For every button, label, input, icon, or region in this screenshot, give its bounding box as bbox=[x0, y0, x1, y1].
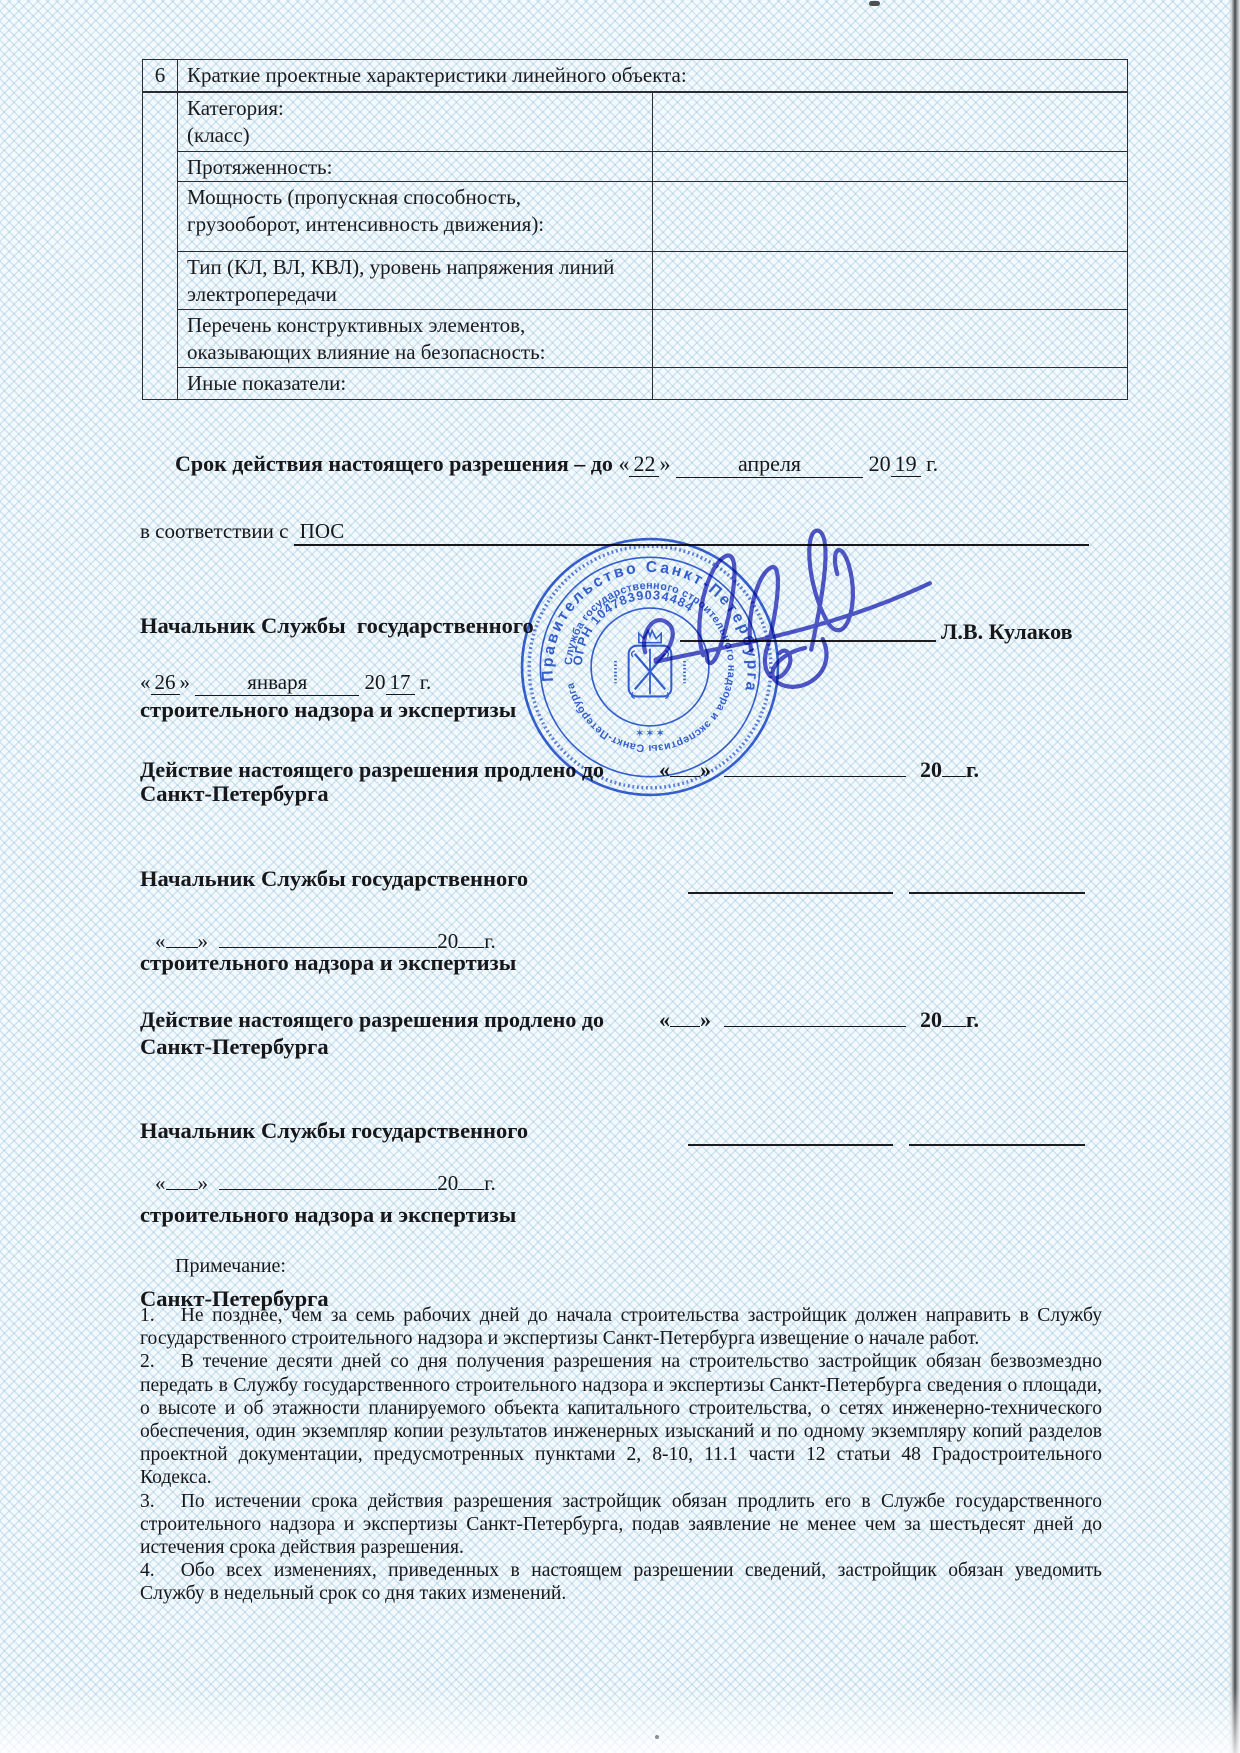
open-quote: « bbox=[155, 1171, 166, 1195]
note-number: 1. bbox=[140, 1304, 155, 1327]
table-row: Тип (КЛ, ВЛ, КВЛ), уровень напряжения ли… bbox=[143, 252, 1128, 310]
note-number: 2. bbox=[140, 1350, 155, 1373]
notes-section: 1.Не позднее, чем за семь рабочих дней д… bbox=[140, 1304, 1102, 1606]
scanner-edge-shadow bbox=[1229, 0, 1240, 1753]
century: 20 bbox=[437, 929, 458, 953]
document-page: 6 Краткие проектные характеристики линей… bbox=[0, 0, 1240, 1753]
century: 20 bbox=[920, 1007, 942, 1032]
gap bbox=[609, 1024, 653, 1027]
signature-blank-line bbox=[688, 892, 893, 894]
validity-line: Срок действия настоящего разрешения – до… bbox=[175, 451, 938, 478]
characteristics-table: 6 Краткие проектные характеристики линей… bbox=[142, 59, 1128, 400]
row-value-other bbox=[653, 368, 1128, 400]
row-label-category: Категория: (класс) bbox=[178, 92, 653, 152]
close-quote: » bbox=[198, 929, 209, 953]
close-quote: » bbox=[700, 1007, 711, 1032]
row-label-length: Протяженность: bbox=[178, 152, 653, 182]
table-row: Мощность (пропускная способность, грузоо… bbox=[143, 182, 1128, 252]
year-suffix: г. bbox=[966, 757, 979, 782]
notes-title: Примечание: bbox=[175, 1255, 286, 1278]
blank-year bbox=[942, 1023, 966, 1027]
name-blank-line bbox=[909, 1144, 1085, 1146]
table-row: Перечень конструктивных элементов, оказы… bbox=[143, 310, 1128, 368]
table-row: Иные показатели: bbox=[143, 368, 1128, 400]
table-row: Категория: (класс) bbox=[143, 92, 1128, 152]
signatory-name: Л.В. Кулаков bbox=[941, 619, 1072, 645]
blank-day bbox=[166, 944, 198, 948]
blank-day bbox=[670, 1023, 700, 1027]
note-item-3: 3.По истечении срока действия разрешения… bbox=[140, 1490, 1102, 1560]
handwritten-signature bbox=[608, 494, 959, 722]
blank-year bbox=[942, 773, 966, 777]
note-text: Не позднее, чем за семь рабочих дней до … bbox=[140, 1305, 1102, 1349]
blank-month bbox=[219, 1186, 437, 1190]
blank-day bbox=[166, 1186, 198, 1190]
note-text: По истечении срока действия разрешения з… bbox=[140, 1491, 1102, 1558]
row-value-length bbox=[653, 152, 1128, 182]
chief3-line2: строительного надзора и экспертизы bbox=[140, 1201, 528, 1229]
table-title: Краткие проектные характеристики линейно… bbox=[178, 60, 1128, 93]
stamp-stars: ✶ ✶ ✶ bbox=[636, 728, 664, 738]
issue-century: 20 bbox=[365, 670, 386, 694]
open-quote: « bbox=[618, 451, 629, 476]
issue-year-suffix: г. bbox=[420, 670, 432, 694]
row-value-type bbox=[653, 252, 1128, 310]
row-label-other: Иные показатели: bbox=[178, 368, 653, 400]
chief2-line3: Санкт-Петербурга bbox=[140, 1033, 528, 1061]
blank-year bbox=[458, 1186, 484, 1190]
row-value-capacity bbox=[653, 182, 1128, 252]
extension-line-2: Действие настоящего разрешения продлено … bbox=[140, 1007, 979, 1033]
validity-month: апреля bbox=[676, 451, 863, 478]
signature-stroke bbox=[746, 566, 791, 679]
open-quote: « bbox=[659, 1007, 670, 1032]
close-quote: » bbox=[180, 670, 191, 694]
row-label-elements: Перечень конструктивных элементов, оказы… bbox=[178, 310, 653, 368]
blank-month bbox=[724, 1023, 906, 1027]
blank-date-line-1: «» 20г. bbox=[155, 929, 496, 954]
validity-year-suffix: г. bbox=[926, 451, 938, 476]
year-suffix: г. bbox=[484, 1171, 496, 1195]
note-item-1: 1.Не позднее, чем за семь рабочих дней д… bbox=[140, 1304, 1102, 1350]
name-blank-line bbox=[909, 892, 1085, 894]
note-item-2: 2.В течение десяти дней со дня получения… bbox=[140, 1350, 1102, 1489]
note-text: Обо всех изменениях, приведенных в насто… bbox=[140, 1560, 1102, 1604]
table-row-number: 6 bbox=[143, 60, 178, 93]
blank-year bbox=[458, 944, 484, 948]
table-row: Протяженность: bbox=[143, 152, 1128, 182]
pos-label: в соответствии с bbox=[140, 519, 288, 543]
year-suffix: г. bbox=[966, 1007, 979, 1032]
signature-stroke bbox=[643, 619, 674, 660]
validity-label: Срок действия настоящего разрешения bbox=[175, 451, 569, 476]
close-quote: » bbox=[659, 451, 670, 476]
note-text: В течение десяти дней со дня получения р… bbox=[140, 1351, 1102, 1488]
open-quote: « bbox=[140, 670, 151, 694]
chief1-line2: строительного надзора и экспертизы bbox=[140, 696, 534, 724]
chief3-line1: Начальник Службы государственного bbox=[140, 1117, 528, 1145]
extension-label: Действие настоящего разрешения продлено … bbox=[140, 1007, 604, 1032]
issue-date-line: «26» января 2017 г. bbox=[140, 670, 431, 696]
validity-day: 22 bbox=[629, 451, 659, 477]
scan-artifact bbox=[655, 1735, 659, 1739]
blank-date-line-2: «» 20г. bbox=[155, 1171, 496, 1196]
signature-stroke bbox=[805, 529, 856, 650]
row-value-elements bbox=[653, 310, 1128, 368]
validity-century: 20 bbox=[869, 451, 891, 476]
chief2-line1: Начальник Службы государственного bbox=[140, 865, 528, 893]
row-value-category bbox=[653, 92, 1128, 152]
note-number: 3. bbox=[140, 1490, 155, 1513]
note-number: 4. bbox=[140, 1559, 155, 1582]
chief1-line3: Санкт-Петербурга bbox=[140, 780, 534, 808]
close-quote: » bbox=[198, 1171, 209, 1195]
note-item-4: 4.Обо всех изменениях, приведенных в нас… bbox=[140, 1559, 1102, 1605]
row-label-type: Тип (КЛ, ВЛ, КВЛ), уровень напряжения ли… bbox=[178, 252, 653, 310]
century: 20 bbox=[437, 1171, 458, 1195]
issue-day: 26 bbox=[151, 670, 180, 695]
scan-artifact bbox=[869, 1, 880, 6]
chief1-line1: Начальник Службы государственного bbox=[140, 612, 534, 640]
issue-month: января bbox=[195, 670, 359, 696]
row-label-capacity: Мощность (пропускная способность, грузоо… bbox=[178, 182, 653, 252]
table-header-row: 6 Краткие проектные характеристики линей… bbox=[143, 60, 1128, 93]
year-suffix: г. bbox=[484, 929, 496, 953]
issue-year: 17 bbox=[386, 670, 415, 695]
signature-stroke bbox=[771, 639, 828, 688]
validity-year: 19 bbox=[891, 451, 921, 477]
blank-month bbox=[219, 944, 437, 948]
table-number-spacer bbox=[143, 92, 178, 400]
validity-dash: – до bbox=[574, 451, 613, 476]
signature-blank-line bbox=[688, 1144, 893, 1146]
century: 20 bbox=[920, 757, 942, 782]
open-quote: « bbox=[155, 929, 166, 953]
scan-bottom-fade bbox=[0, 1688, 1240, 1753]
